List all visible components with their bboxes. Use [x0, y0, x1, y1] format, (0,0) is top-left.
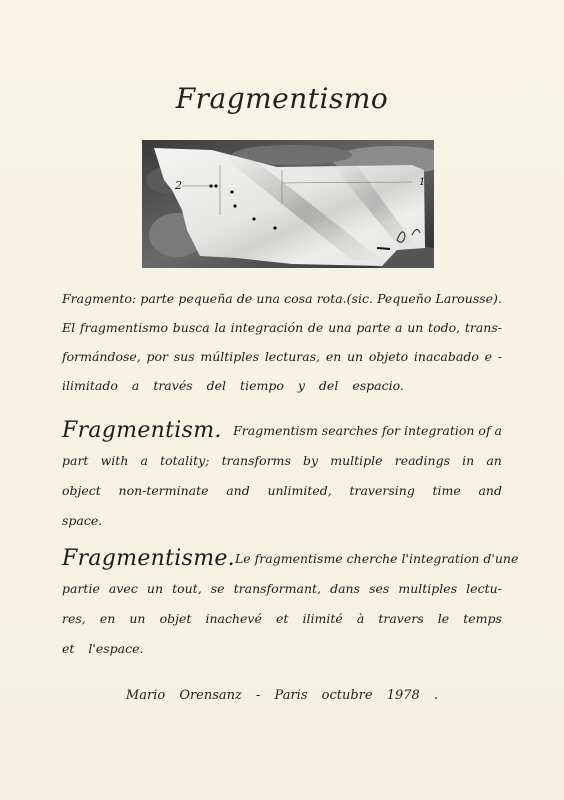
text-line: formándose,porsusmúltipleslecturas,enuno… [62, 342, 502, 371]
text-line-rest: Le fragmentisme cherche l'integration d'… [235, 544, 518, 574]
document-page: Fragmentismo [0, 0, 564, 800]
svg-text:1: 1 [419, 177, 425, 188]
paragraph-spanish: Fragmento:partepequeñadeunacosarota.(sic… [62, 284, 502, 400]
paragraph-lead: Fragmentism. [62, 416, 222, 446]
svg-text:2: 2 [174, 179, 182, 192]
text-line: partieavecuntout,setransformant,danssesm… [62, 574, 502, 604]
document-title: Fragmentismo [0, 82, 564, 115]
signature-line: Mario Orensanz - Paris octubre 1978 . [0, 688, 564, 703]
paragraph-lead: Fragmentisme. [62, 544, 235, 574]
text-line: space. [62, 506, 502, 536]
text-line: Fragmentisme. Le fragmentisme cherche l'… [62, 544, 502, 574]
text-line: Fragmentism. Fragmentism searches for in… [62, 416, 502, 446]
text-line: etl'espace. [62, 634, 502, 664]
paragraph-french: Fragmentisme. Le fragmentisme cherche l'… [62, 544, 502, 664]
text-line: ilimitadoatravésdeltiempoydelespacio. [62, 371, 502, 400]
text-line: Fragmento:partepequeñadeunacosarota.(sic… [62, 284, 502, 313]
photo-image: 2 1 [142, 140, 434, 268]
text-line: Elfragmentismobuscalaintegracióndeunapar… [62, 313, 502, 342]
text-line-rest: Fragmentism searches for integration of … [233, 416, 502, 446]
text-line: res,enunobjetinachevéetilimitéàtraversle… [62, 604, 502, 634]
paragraph-english: Fragmentism. Fragmentism searches for in… [62, 416, 502, 536]
text-line: partwithatotality;transformsbymultiplere… [62, 446, 502, 476]
text-line: objectnon-terminateandunlimited,traversi… [62, 476, 502, 506]
marble-fragment-photo: 2 1 [142, 140, 434, 268]
